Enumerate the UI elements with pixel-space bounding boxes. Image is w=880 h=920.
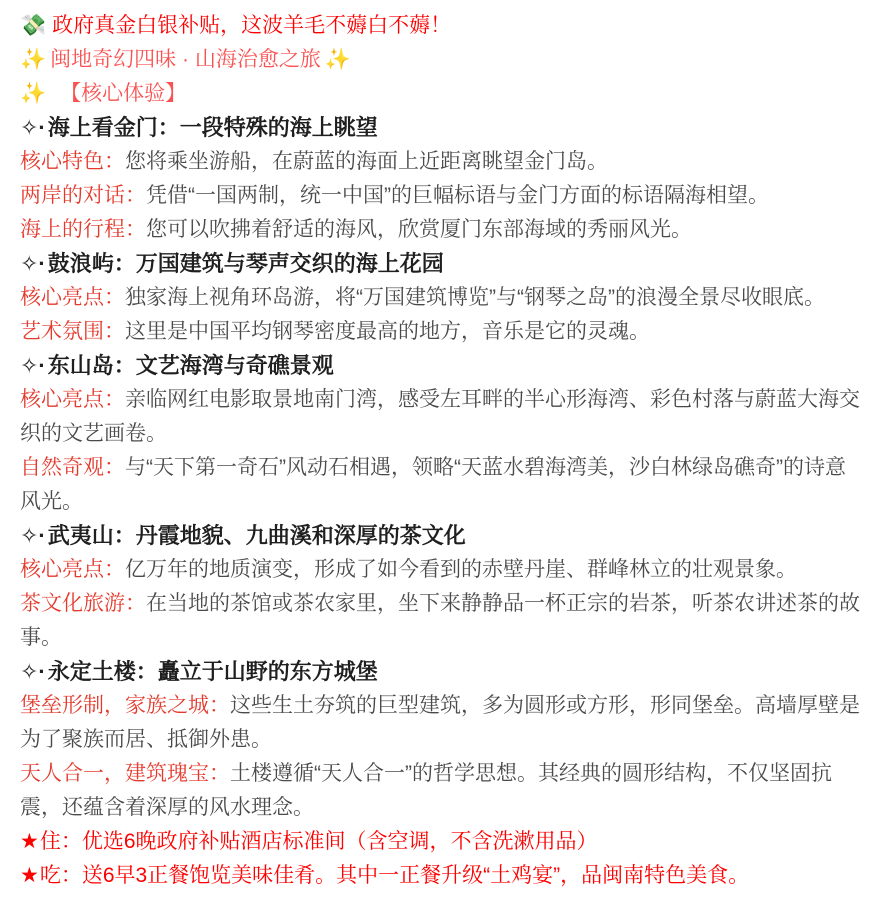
section-title-text: 东山岛：文艺海湾与奇礁景观 [48, 353, 334, 378]
feature-item: 堡垒形制，家族之城：这些生土夯筑的巨型建筑，多为圆形或方形，形同堡垒。高墙厚壁是… [20, 689, 860, 757]
star-icon: ★ [20, 830, 39, 853]
feature-text: 在当地的茶馆或茶农家里，坐下来静静品一杯正宗的岩茶，听茶农讲述茶的故事。 [20, 592, 860, 649]
feature-item: 核心亮点：亲临网红电影取景地南门湾，感受左耳畔的半心形海湾、彩色村落与蔚蓝大海交… [20, 383, 860, 451]
feature-item: 两岸的对话：凭借“一国两制，统一中国”的巨幅标语与金门方面的标语隔海相望。 [20, 179, 860, 213]
lodging-line: ★住：优选6晚政府补贴酒店标准间（含空调，不含洗漱用品） [20, 825, 860, 859]
money-with-wings-icon: 💸 [20, 14, 46, 37]
feature-label: 核心亮点： [20, 388, 125, 411]
feature-item: 核心亮点：独家海上视角环岛游，将“万国建筑博览”与“钢琴之岛”的浪漫全景尽收眼底… [20, 281, 860, 315]
feature-text: 这里是中国平均钢琴密度最高的地方，音乐是它的灵魂。 [125, 320, 650, 343]
section-heading: ✧·东山岛：文艺海湾与奇礁景观 [20, 349, 860, 383]
section-heading: ✧·海上看金门：一段特殊的海上眺望 [20, 111, 860, 145]
promo-title-text: 政府真金白银补贴，这波羊毛不薅白不薅！ [52, 14, 451, 37]
feature-label: 核心亮点： [20, 558, 125, 581]
feature-label: 核心特色： [20, 150, 125, 173]
feature-text: 亿万年的地质演变，形成了如今看到的赤壁丹崖、群峰林立的壮观景象。 [125, 558, 797, 581]
section-gulangyu: ✧·鼓浪屿：万国建筑与琴声交织的海上花园 核心亮点：独家海上视角环岛游，将“万国… [20, 247, 860, 349]
section-heading: ✧·永定土楼：矗立于山野的东方城堡 [20, 655, 860, 689]
feature-item: 茶文化旅游：在当地的茶馆或茶农家里，坐下来静静品一杯正宗的岩茶，听茶农讲述茶的故… [20, 587, 860, 655]
feature-label: 艺术氛围： [20, 320, 125, 343]
section-yongding-tulou: ✧·永定土楼：矗立于山野的东方城堡 堡垒形制，家族之城：这些生土夯筑的巨型建筑，… [20, 655, 860, 825]
star-icon: ★ [20, 864, 39, 887]
meals-label: 吃： [40, 864, 82, 887]
section-heading: ✧·鼓浪屿：万国建筑与琴声交织的海上花园 [20, 247, 860, 281]
feature-text: 您可以吹拂着舒适的海风，欣赏厦门东部海域的秀丽风光。 [146, 218, 692, 241]
feature-label: 堡垒形制，家族之城： [20, 694, 230, 717]
sparkles-icon: ✨ [325, 48, 351, 71]
feature-item: 天人合一，建筑瑰宝：土楼遵循“天人合一”的哲学思想。其经典的圆形结构，不仅坚固抗… [20, 757, 860, 825]
section-title-text: 永定土楼：矗立于山野的东方城堡 [48, 659, 378, 684]
trip-subtitle-line: ✨闽地奇幻四味 · 山海治愈之旅✨ [20, 43, 860, 77]
feature-label: 天人合一，建筑瑰宝： [20, 762, 230, 785]
feature-text: 您将乘坐游船，在蔚蓝的海面上近距离眺望金门岛。 [125, 150, 608, 173]
section-jinmen: ✧·海上看金门：一段特殊的海上眺望 核心特色：您将乘坐游船，在蔚蓝的海面上近距离… [20, 111, 860, 247]
sparkles-icon: ✨ [20, 48, 46, 71]
section-dongshandao: ✧·东山岛：文艺海湾与奇礁景观 核心亮点：亲临网红电影取景地南门湾，感受左耳畔的… [20, 349, 860, 519]
four-pointed-star-icon: ✧· [20, 523, 46, 548]
feature-text: 独家海上视角环岛游，将“万国建筑博览”与“钢琴之岛”的浪漫全景尽收眼底。 [125, 286, 825, 309]
section-heading: ✧·武夷山：丹霞地貌、九曲溪和深厚的茶文化 [20, 519, 860, 553]
feature-item: 核心特色：您将乘坐游船，在蔚蓝的海面上近距离眺望金门岛。 [20, 145, 860, 179]
core-experience-label-line: ✨【核心体验】 [20, 77, 860, 111]
four-pointed-star-icon: ✧· [20, 353, 46, 378]
section-wuyishan: ✧·武夷山：丹霞地貌、九曲溪和深厚的茶文化 核心亮点：亿万年的地质演变，形成了如… [20, 519, 860, 655]
section-title-text: 武夷山：丹霞地貌、九曲溪和深厚的茶文化 [48, 523, 466, 548]
feature-label: 海上的行程： [20, 218, 146, 241]
feature-text: 凭借“一国两制，统一中国”的巨幅标语与金门方面的标语隔海相望。 [146, 184, 769, 207]
four-pointed-star-icon: ✧· [20, 115, 46, 140]
four-pointed-star-icon: ✧· [20, 659, 46, 684]
feature-label: 自然奇观： [20, 456, 125, 479]
sparkles-icon: ✨ [20, 82, 46, 105]
feature-item: 海上的行程：您可以吹拂着舒适的海风，欣赏厦门东部海域的秀丽风光。 [20, 213, 860, 247]
trip-subtitle-text: 闽地奇幻四味 · 山海治愈之旅 [50, 48, 321, 71]
feature-item: 核心亮点：亿万年的地质演变，形成了如今看到的赤壁丹崖、群峰林立的壮观景象。 [20, 553, 860, 587]
meals-line: ★吃：送6早3正餐饱览美味佳肴。其中一正餐升级“土鸡宴”，品闽南特色美食。 [20, 859, 860, 893]
meals-text: 送6早3正餐饱览美味佳肴。其中一正餐升级“土鸡宴”，品闽南特色美食。 [82, 864, 749, 887]
travel-promo-document: 💸政府真金白银补贴，这波羊毛不薅白不薅！ ✨闽地奇幻四味 · 山海治愈之旅✨ ✨… [0, 0, 880, 893]
core-experience-label: 【核心体验】 [60, 82, 186, 105]
four-pointed-star-icon: ✧· [20, 251, 46, 276]
feature-label: 茶文化旅游： [20, 592, 146, 615]
feature-text: 亲临网红电影取景地南门湾，感受左耳畔的半心形海湾、彩色村落与蔚蓝大海交织的文艺画… [20, 388, 860, 445]
feature-label: 两岸的对话： [20, 184, 146, 207]
feature-text: 与“天下第一奇石”风动石相遇，领略“天蓝水碧海湾美，沙白林绿岛礁奇”的诗意风光。 [20, 456, 846, 513]
section-title-text: 海上看金门：一段特殊的海上眺望 [48, 115, 378, 140]
promo-title-line: 💸政府真金白银补贴，这波羊毛不薅白不薅！ [20, 9, 860, 43]
feature-label: 核心亮点： [20, 286, 125, 309]
feature-item: 自然奇观：与“天下第一奇石”风动石相遇，领略“天蓝水碧海湾美，沙白林绿岛礁奇”的… [20, 451, 860, 519]
section-title-text: 鼓浪屿：万国建筑与琴声交织的海上花园 [48, 251, 444, 276]
lodging-text: 优选6晚政府补贴酒店标准间（含空调，不含洗漱用品） [82, 830, 598, 853]
feature-item: 艺术氛围：这里是中国平均钢琴密度最高的地方，音乐是它的灵魂。 [20, 315, 860, 349]
lodging-label: 住： [40, 830, 82, 853]
